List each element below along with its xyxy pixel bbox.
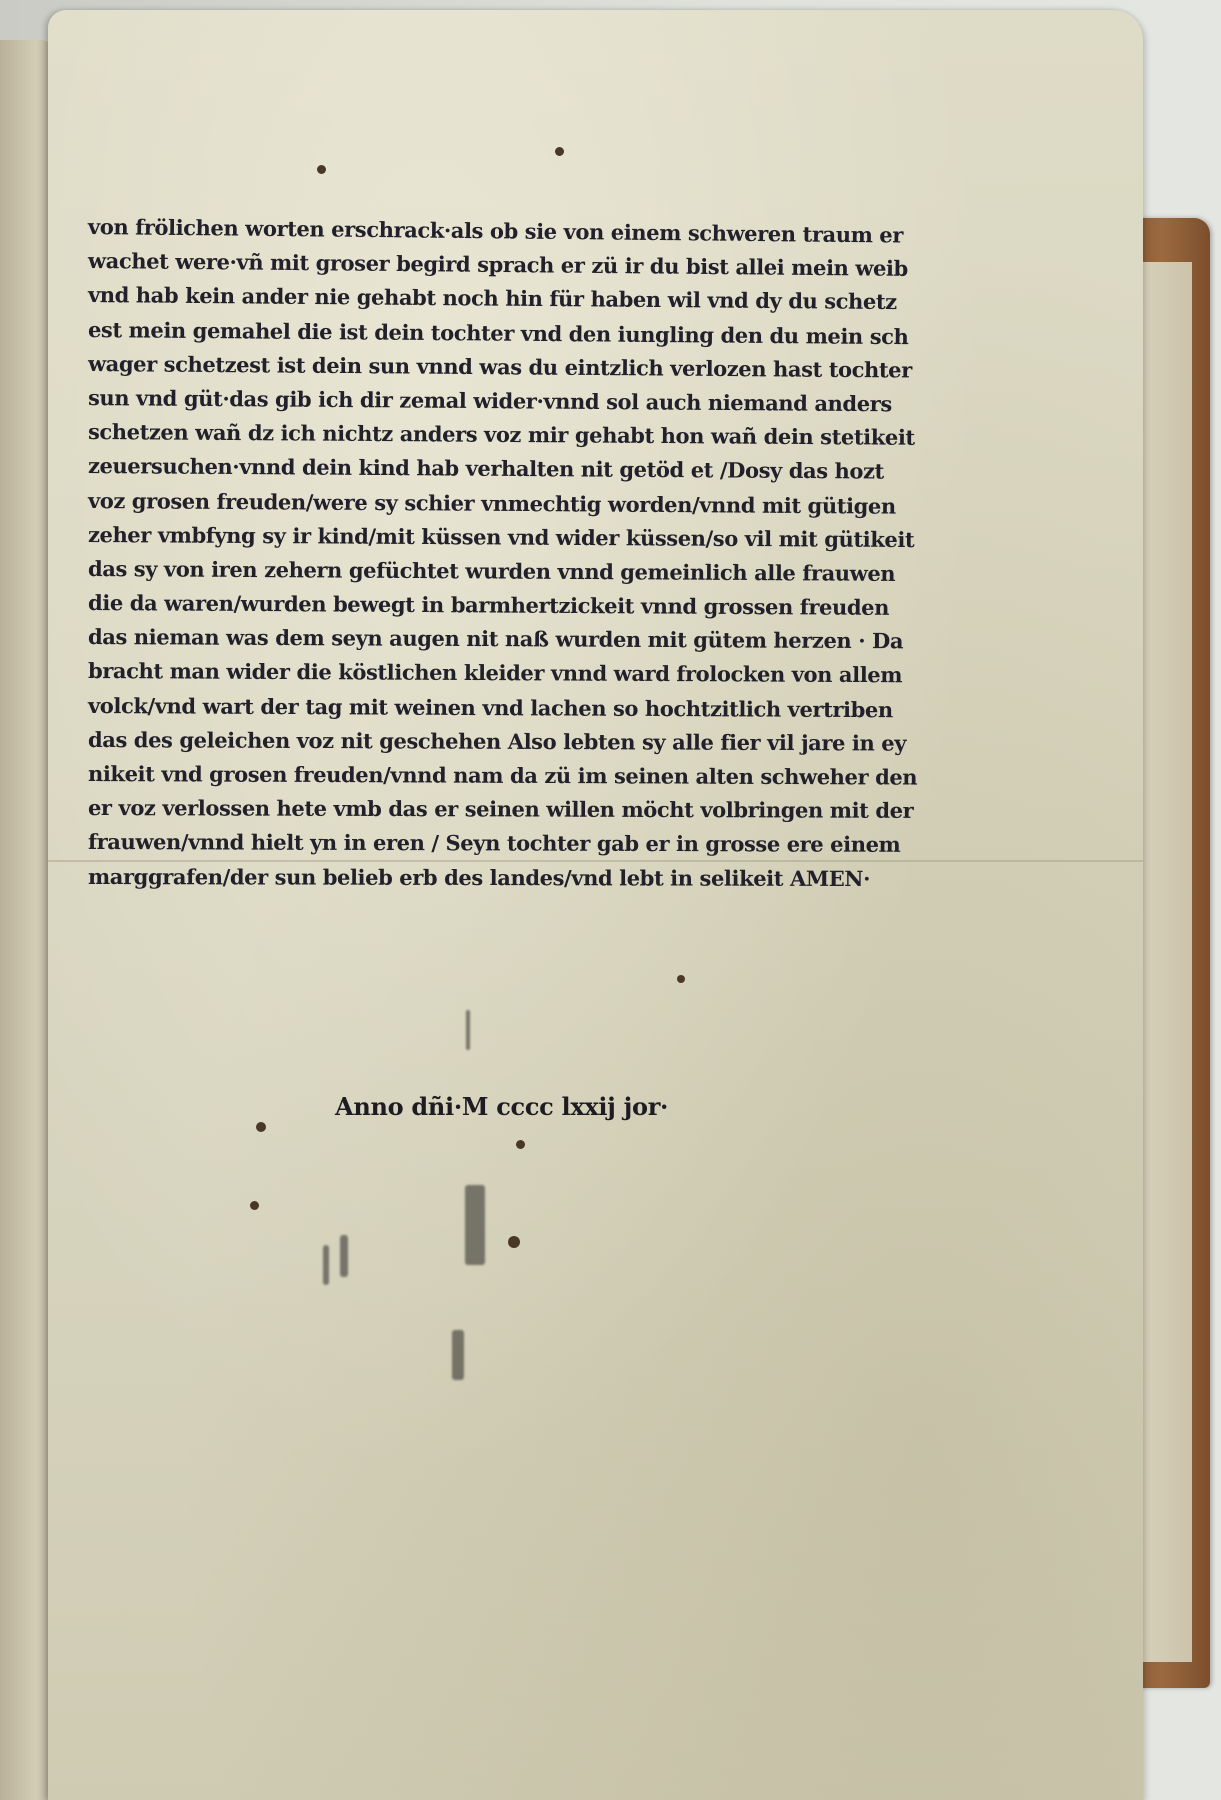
text-line: die da waren/wurden bewegt in barmhertzi… xyxy=(88,586,958,626)
pinhole-mark xyxy=(516,1140,525,1149)
text-line: frauwen/vnnd hielt yn in eren / Seyn toc… xyxy=(88,825,958,862)
pinhole-mark xyxy=(555,147,564,156)
text-line: das des geleichen voz nit geschehen Also… xyxy=(88,723,958,761)
text-line: das nieman was dem seyn augen nit naß wu… xyxy=(88,620,958,659)
pinhole-mark xyxy=(317,165,326,174)
text-line: voz grosen freuden/were sy schier vnmech… xyxy=(88,484,958,524)
ink-offset-mark xyxy=(465,1185,485,1265)
pinhole-mark xyxy=(250,1201,259,1210)
text-line: volck/vnd wart der tag mit weinen vnd la… xyxy=(88,689,958,728)
text-block: von frölichen worten erschrack·als ob si… xyxy=(88,210,958,894)
ink-offset-mark xyxy=(323,1245,329,1285)
colophon: Anno dñi·M cccc lxxij jor· xyxy=(335,1092,668,1121)
pastedown-edge xyxy=(1140,262,1192,1662)
text-line: bracht man wider die köstlichen kleider … xyxy=(88,654,958,693)
text-line: zeher vmbfyng sy ir kind/mit küssen vnd … xyxy=(88,518,958,558)
ink-offset-mark xyxy=(466,1010,470,1050)
text-line: er voz verlossen hete vmb das er seinen … xyxy=(88,791,958,828)
pinhole-mark xyxy=(256,1122,266,1132)
ink-offset-mark xyxy=(452,1330,464,1380)
pinhole-mark xyxy=(677,975,685,983)
pinhole-mark xyxy=(508,1236,520,1248)
text-line: marggrafen/der sun belieb erb des landes… xyxy=(88,860,958,896)
text-line: nikeit vnd grosen freuden/vnnd nam da zü… xyxy=(88,757,958,795)
text-line: das sy von iren zehern gefüchtet wurden … xyxy=(88,552,958,592)
ink-offset-mark xyxy=(340,1235,348,1277)
text-line: zeuersuchen·vnnd dein kind hab verhalten… xyxy=(88,449,958,489)
